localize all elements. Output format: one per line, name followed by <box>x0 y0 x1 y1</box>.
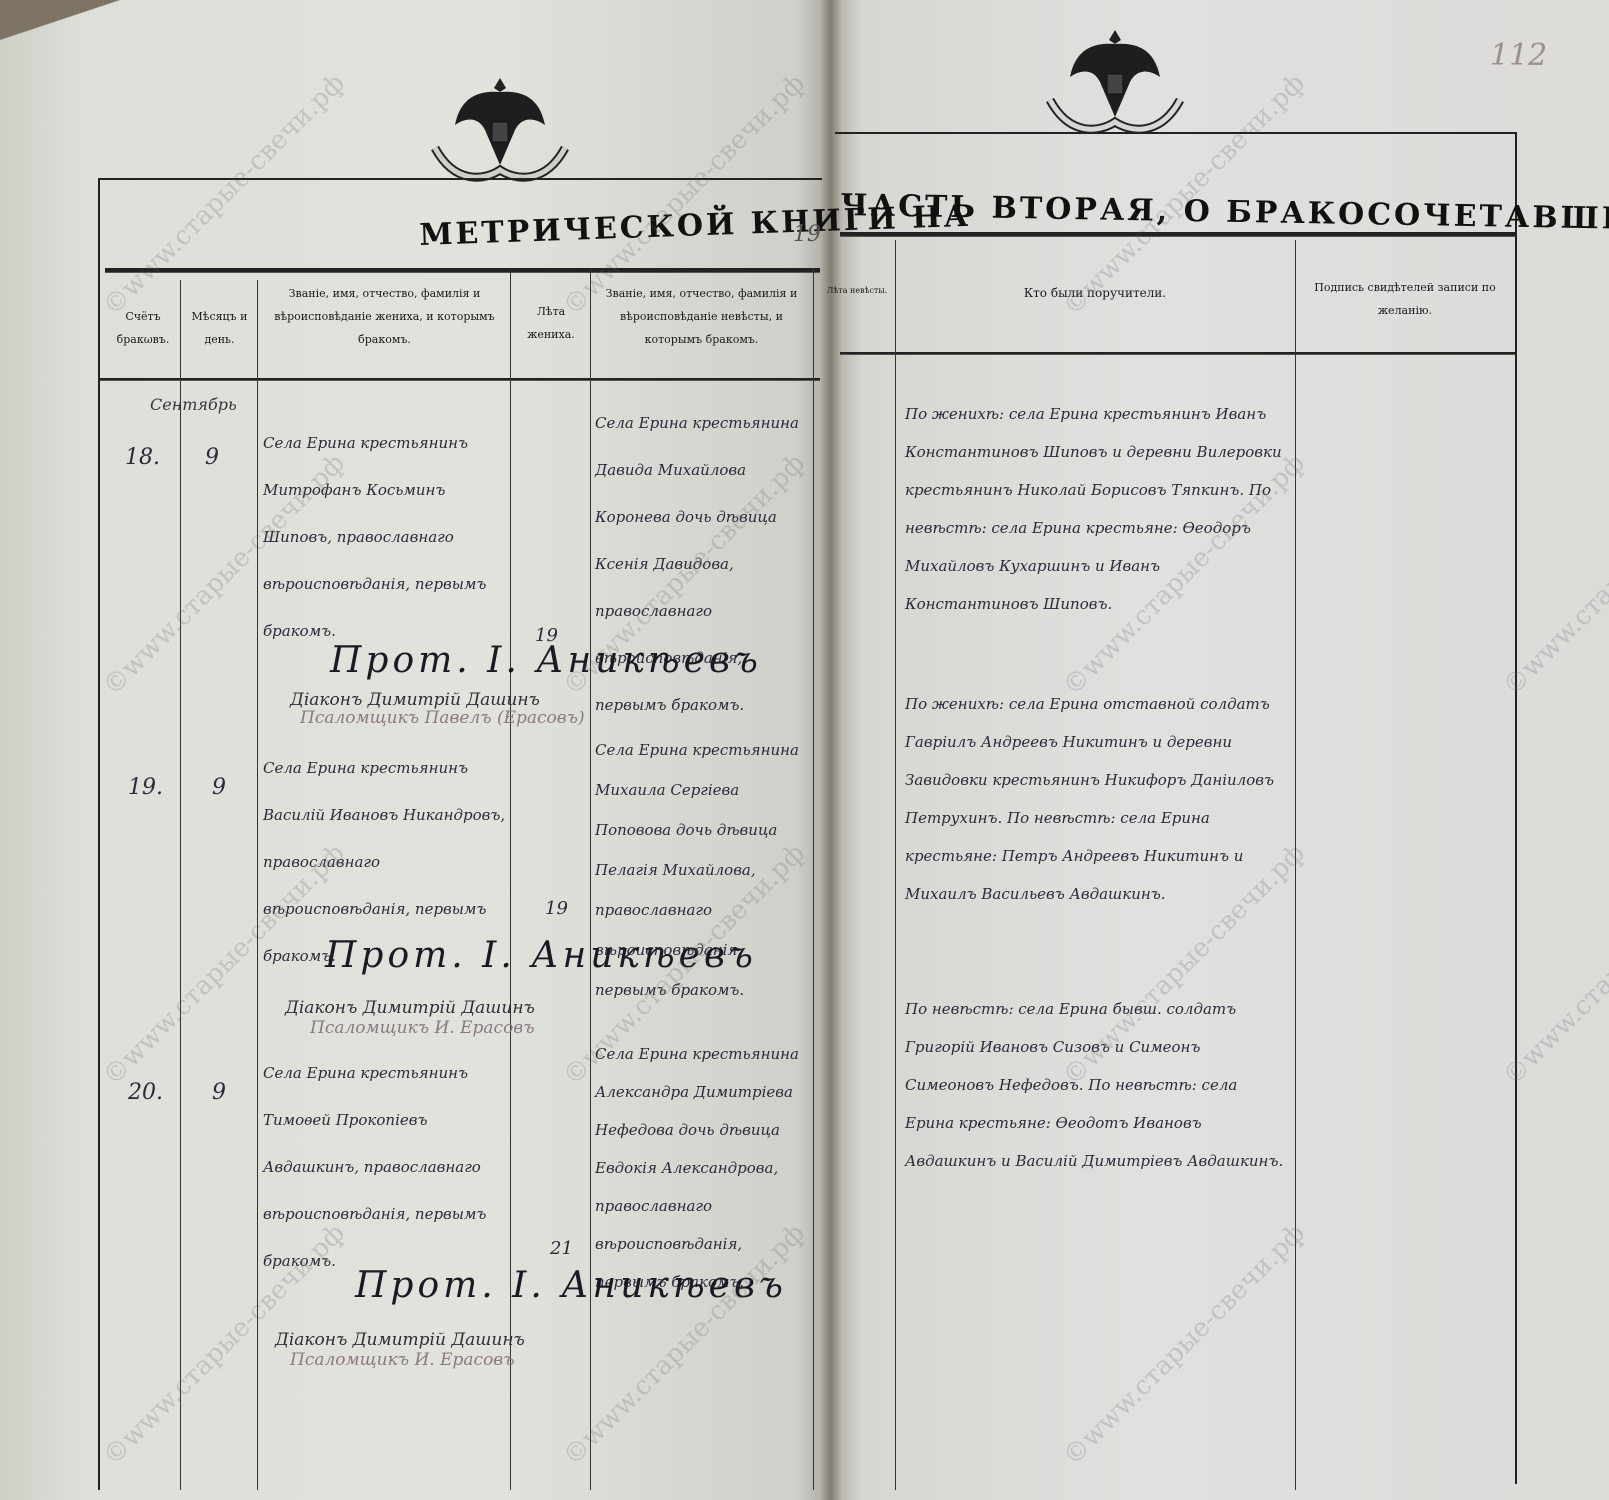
priest-signature: Прот. І. Аникѣевъ <box>355 1265 787 1306</box>
page-number: 112 <box>1490 38 1547 73</box>
column-header-groom-age: Лѣта жениха. <box>512 300 590 346</box>
psalmist-signature: Псаломщикъ И. Ерасовъ <box>290 1350 515 1370</box>
column-divider <box>813 268 814 1490</box>
header-bottom-rule <box>100 378 820 381</box>
priest-signature: Прот. І. Аникѣевъ <box>330 640 762 681</box>
header-top-rule <box>840 232 1515 237</box>
column-header-count: Счётъ бракωвъ. <box>106 305 180 351</box>
psalmist-signature: Псаломщикъ Павелъ (Ерасовъ) <box>300 708 585 728</box>
record-day: 9 <box>212 775 226 800</box>
groom-age: 19 <box>545 898 568 919</box>
column-divider <box>590 268 591 1490</box>
priest-signature: Прот. І. Аникѣевъ <box>325 935 757 976</box>
record-count: 18. <box>125 445 160 470</box>
month-label: Сентябрь <box>150 395 237 414</box>
column-header-month-day: Мѣсяцъ и день. <box>182 305 257 351</box>
column-divider <box>895 240 896 1490</box>
guarantors-details: По женихѣ: села Ерина отставной солдатъ … <box>905 685 1290 913</box>
record-count: 20. <box>128 1080 163 1105</box>
header-top-rule <box>105 268 820 273</box>
record-day: 9 <box>205 445 219 470</box>
bride-details: Села Ерина крестьянина Александра Димитр… <box>595 1035 810 1301</box>
open-register-book: 112 МЕТРИЧЕСКОЙ КНИГИ НА 19 ЧАСТЬ ВТОРАЯ… <box>0 0 1609 1500</box>
column-header-bride: Званіе, имя, отчество, фамилія и вѣроисп… <box>594 282 809 351</box>
double-headed-eagle-emblem-icon <box>415 70 585 190</box>
psalmist-signature: Псаломщикъ И. Ерасовъ <box>310 1018 535 1038</box>
deacon-signature: Діаконъ Димитрій Дашинъ <box>275 1330 525 1350</box>
deacon-signature: Діаконъ Димитрій Дашинъ <box>285 998 535 1018</box>
record-count: 19. <box>128 775 163 800</box>
groom-details: Села Ерина крестьянинъ Тимоѳей Прокопіев… <box>263 1050 508 1285</box>
column-divider <box>510 270 511 1490</box>
column-header-bride-age: Лѣта невѣсты. <box>822 285 892 297</box>
groom-age: 21 <box>550 1238 573 1259</box>
groom-details: Села Ерина крестьянинъ Митрофанъ Косьмин… <box>263 420 508 655</box>
column-header-signatures: Подпись свидѣтелей записи по желанію. <box>1300 276 1510 322</box>
column-divider <box>1295 240 1296 1490</box>
double-headed-eagle-emblem-icon <box>1030 22 1200 142</box>
header-bottom-rule <box>840 352 1515 355</box>
record-day: 9 <box>212 1080 226 1105</box>
deacon-signature: Діаконъ Димитрій Дашинъ <box>290 690 540 710</box>
column-header-guarantors: Кто были поручители. <box>900 282 1290 305</box>
column-header-groom: Званіе, имя, отчество, фамилія и вѣроисп… <box>262 282 507 351</box>
guarantors-details: По женихѣ: села Ерина крестьянинъ Иванъ … <box>905 395 1290 623</box>
year-fragment: 19 <box>793 222 821 247</box>
column-divider <box>257 280 258 1490</box>
guarantors-details: По невѣстѣ: села Ерина бывш. солдатъ Гри… <box>905 990 1290 1180</box>
column-divider <box>180 280 181 1490</box>
